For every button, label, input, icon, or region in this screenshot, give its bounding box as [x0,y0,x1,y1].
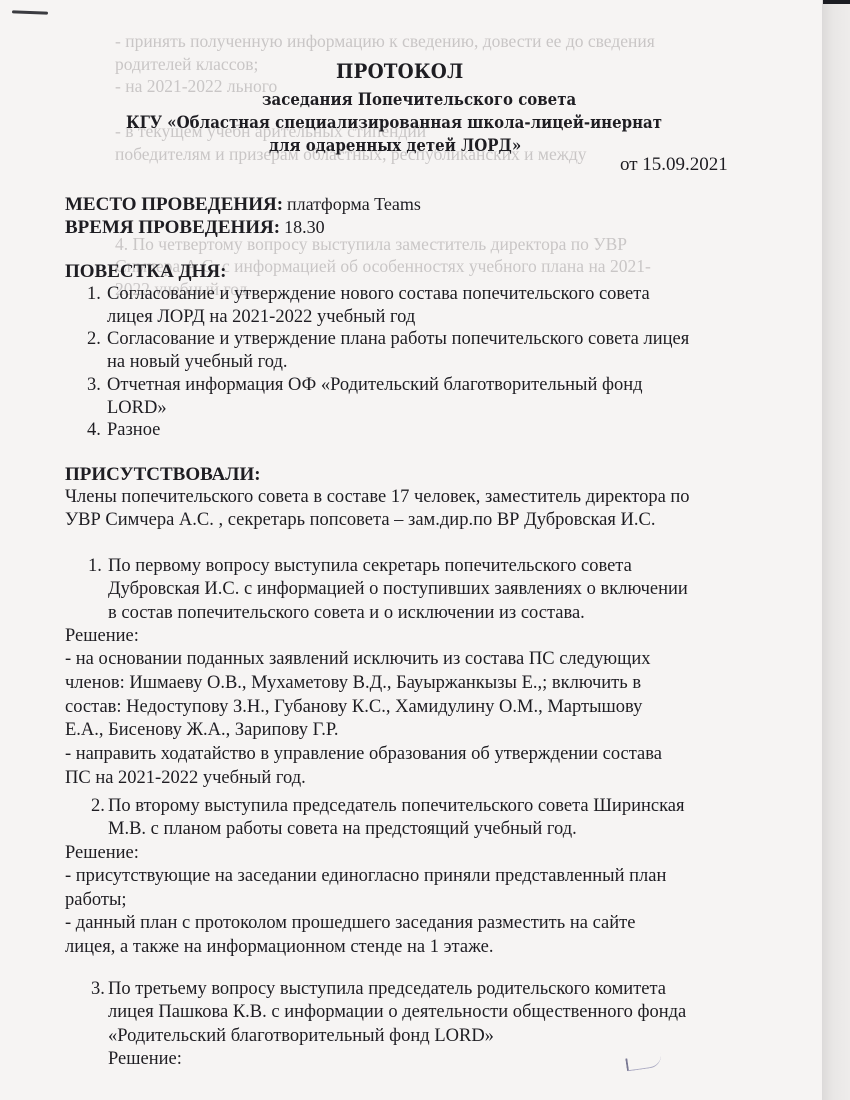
section-text: По первому вопросу выступила секретарь п… [108,556,632,577]
agenda-item-text: лицея ЛОРД на 2021-2022 учебный год [107,307,415,328]
decision-text: - присутствующие на заседании единогласн… [65,866,666,887]
decision-text: работы; [65,890,127,911]
attendance-heading: ПРИСУТСТВОВАЛИ: [65,464,261,486]
decision-text: - направить ходатайство в управление обр… [65,744,662,765]
decision-text: ПС на 2021-2022 учебный год. [65,768,306,789]
agenda-item-text: Отчетная информация ОФ «Родительский бла… [107,375,643,396]
agenda-item-text: Разное [107,420,160,441]
decision-label: Решение: [65,626,139,647]
page-edge-shadow [822,0,850,1100]
pen-stroke-mark [625,1054,662,1072]
agenda-item-number: 3. [87,375,101,396]
decision-text: - данный план с протоколом прошедшего за… [65,913,635,934]
section-text: М.В. с планом работы совета на предстоящ… [108,819,577,840]
section-number: 3. [91,979,105,1000]
agenda-item-number: 2. [87,329,101,350]
section-text: По третьему вопросу выступила председате… [108,979,666,1000]
document-subtitle-line-2: КГУ «Областная специализированная школа-… [126,113,662,133]
meeting-time: ВРЕМЯ ПРОВЕДЕНИЯ: 18.30 [65,217,325,239]
decision-text: членов: Ишмаеву О.В., Мухаметову В.Д., Б… [65,673,641,694]
section-text: По второму выступила председатель попечи… [108,796,685,817]
section-number: 2. [91,796,105,817]
section-text: лицея Пашкова К.В. с информации о деятел… [108,1002,686,1023]
time-label: ВРЕМЯ ПРОВЕДЕНИЯ: [65,217,280,238]
agenda-item-text: на новый учебный год. [107,352,288,373]
section-text: в состав попечительского совета и о искл… [108,603,585,624]
decision-text: состав: Недоступову З.Н., Губанову К.С.,… [65,697,642,718]
document-subtitle-line-1: заседания Попечительского совета [262,90,576,110]
document-date: от 15.09.2021 [620,154,728,176]
scan-border [823,0,850,4]
place-value: платформа Teams [287,194,421,214]
agenda-item-text: LORD» [107,398,167,419]
time-value: 18.30 [284,217,325,237]
agenda-item-number: 4. [87,420,101,441]
protocol-document: ПРОТОКОЛ заседания Попечительского совет… [0,0,822,1100]
decision-label: Решение: [65,843,139,864]
decision-text: лицея, а также на информационном стенде … [65,937,493,958]
attendance-line-2: УВР Симчера А.С. , секретарь попсовета –… [65,510,655,531]
document-subtitle-line-3: для одаренных детей ЛОРД» [269,136,521,156]
decision-label: Решение: [108,1049,182,1070]
decision-text: - на основании поданных заявлений исключ… [65,649,651,670]
agenda-item-text: Согласование и утверждение нового состав… [107,284,650,305]
section-number: 1. [88,556,102,577]
agenda-item-text: Согласование и утверждение плана работы … [107,329,689,350]
meeting-place: МЕСТО ПРОВЕДЕНИЯ: платформа Teams [65,194,421,216]
attendance-line-1: Члены попечительского совета в составе 1… [65,487,690,508]
document-title: ПРОТОКОЛ [336,59,463,83]
place-label: МЕСТО ПРОВЕДЕНИЯ: [65,194,283,215]
decision-text: Е.А., Бисенову Ж.А., Зарипову Г.Р. [65,720,339,741]
section-text: «Родительский благотворительный фонд LOR… [108,1026,494,1047]
agenda-item-number: 1. [87,284,101,305]
agenda-heading: ПОВЕСТКА ДНЯ: [65,261,226,283]
section-text: Дубровская И.С. с информацией о поступив… [108,579,688,600]
